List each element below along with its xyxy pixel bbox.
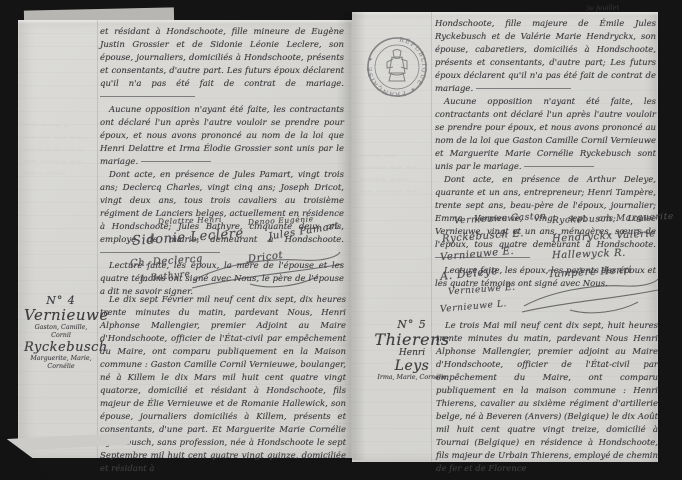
groom-surname: Vernieuwe [24, 307, 98, 324]
signature: J. Bathyre [140, 269, 192, 284]
signature: Vernieuwe E. [448, 283, 516, 298]
groom-firstnames: Gaston, Camille, Cornil [24, 324, 98, 340]
bride-surname: Ryckebusch [24, 340, 98, 355]
signature: Ryckebusch Marguerite [552, 212, 674, 226]
republique-francaise-seal: RÉPUBLIQUE ✶ FRANÇAISE ✶ [365, 35, 429, 99]
paragraph-text: Le trois Mai mil neuf cent dix sept, hui… [436, 321, 658, 474]
margin-rule-right-page [431, 12, 432, 462]
signature-flourish-mallengier [190, 246, 344, 292]
signature: A. Deleye [439, 264, 498, 283]
pencil-folio-note: 3e feuillet [586, 3, 619, 12]
signature: Hendryckx Valérie [552, 228, 656, 244]
bride-firstnames: Marguerite, Marie, Cornélie [24, 355, 98, 371]
signature: Ryckebusch E. [442, 228, 525, 245]
signature: Vernieuwe E. [440, 246, 515, 263]
record-4-margin-note: N° 4 Vernieuwe Gaston, Camille, Cornil R… [24, 294, 98, 371]
paragraph-filiation: et résidant à Hondschoote, fille mineure… [100, 26, 344, 104]
show-through-text: ~~~ ~~ ~~~~ ~~ ~~ ~~~~ ~~~ ~~ ~~~~ ~~ [360, 150, 420, 198]
paragraph-text: Aucune opposition n'ayant été faite, les… [435, 97, 656, 172]
signature: Hallewyck R. [552, 248, 626, 262]
signature-flourish-mallengier [520, 276, 660, 316]
signature: Vernieuwe L. [440, 299, 508, 315]
register-scan: ~~ ~~~ ~ ~~~~ ~~ ~~~ ~~~~ ~ ~~~ ~~ ~~~~ … [0, 0, 682, 480]
paragraph-text: Le dix sept Février mil neuf cent dix se… [100, 295, 346, 474]
svg-text:RÉPUBLIQUE ✶ FRANÇAISE ✶: RÉPUBLIQUE ✶ FRANÇAISE ✶ [366, 37, 427, 98]
show-through-text: ~~ ~~~ ~ ~~~~ ~~ ~~~ ~~~~ ~ ~~~ ~~ ~~~~ … [23, 119, 92, 180]
paragraph-pronouncement: Aucune opposition n'ayant été faite, les… [100, 104, 344, 169]
record-5-text: Le trois Mai mil neuf cent dix sept, hui… [436, 320, 658, 476]
record-5-body: Le trois Mai mil neuf cent dix sept, hui… [436, 320, 658, 476]
record-4-text: Le dix sept Février mil neuf cent dix se… [100, 294, 346, 476]
signature-block-right: Vernieuwe Gaston Ryckebusch Marguerite R… [440, 214, 660, 316]
paragraph-text: Hondschoote, fille majeure de Émile Jule… [435, 19, 656, 94]
margin-rule-left-page [97, 20, 98, 458]
ink-rule [524, 165, 594, 167]
signature-block-left: Delattre Henri Denoo Eugénie Sidonie Lec… [130, 216, 346, 292]
seal-text: RÉPUBLIQUE ✶ FRANÇAISE ✶ [366, 37, 427, 98]
paragraph-text: et résidant à Hondschoote, fille mineure… [100, 27, 344, 89]
ink-rule [141, 160, 211, 162]
paragraph-filiation: Hondschoote, fille majeure de Émile Jule… [435, 18, 656, 96]
signature: Vernieuwe Gaston [454, 212, 547, 227]
ink-rule [476, 87, 571, 89]
signature: Delattre Henri [158, 215, 222, 226]
paragraph-pronouncement: Aucune opposition n'ayant été faite, les… [435, 96, 656, 174]
ink-rule [100, 95, 195, 97]
record-4-body: Le dix sept Février mil neuf cent dix se… [100, 294, 346, 476]
seal-figure [387, 50, 407, 82]
paragraph-text: Aucune opposition n'ayant été faite, les… [100, 105, 344, 167]
